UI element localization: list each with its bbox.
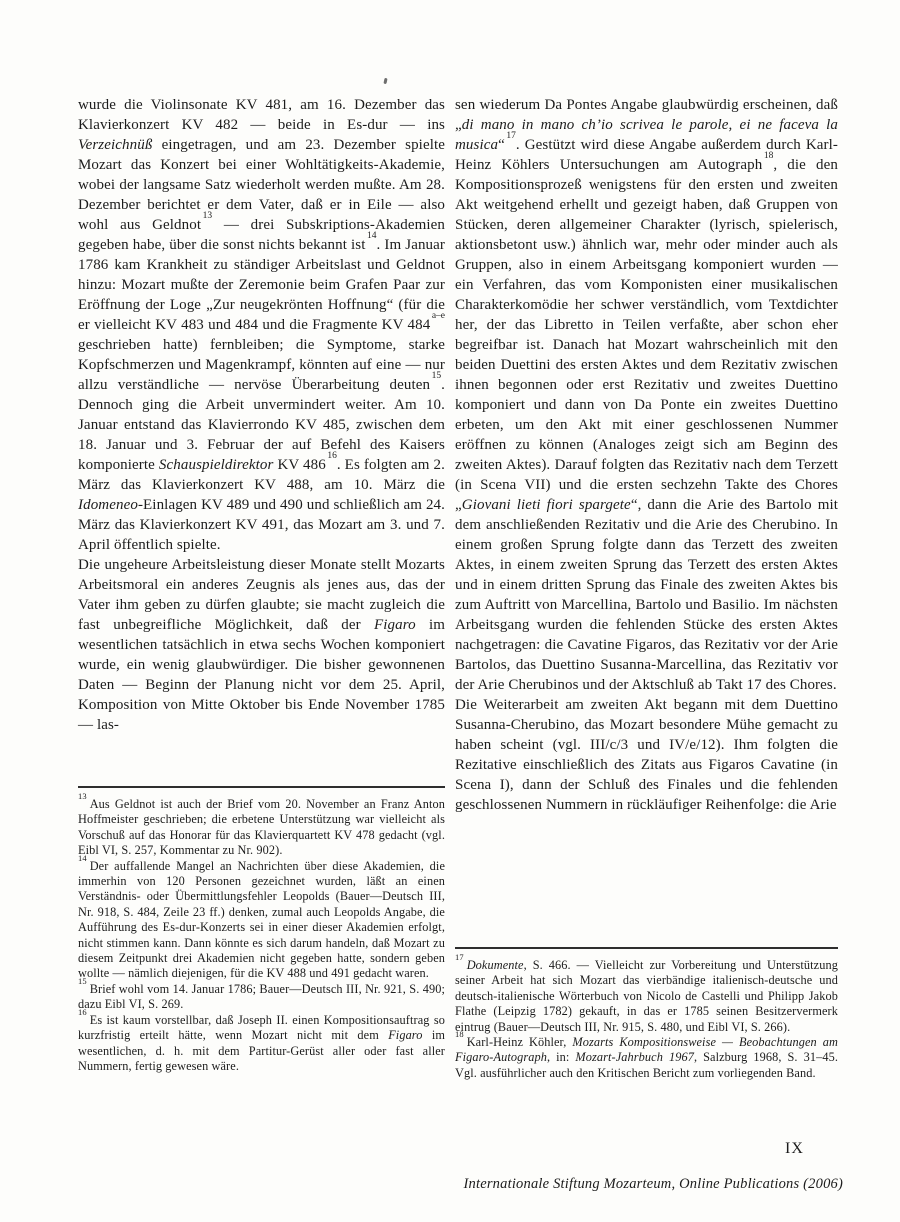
footer-credit: Internationale Stiftung Mozarteum, Onlin… [464,1176,844,1193]
footnote-number: 16 [78,1007,87,1017]
text-run: Aus Geldnot ist auch der Brief vom 20. N… [78,797,445,857]
column-left-footnotes: 13Aus Geldnot ist auch der Brief vom 20.… [78,786,445,1074]
footnote-ref: a–e [432,311,445,321]
italic-text: Dokumente [467,958,524,972]
footnote-ref: 13 [203,211,213,221]
document-page: wurde die Violinsonate KV 481, am 16. De… [0,0,900,1222]
footnote: 14Der auffallende Mangel an Nachrichten … [78,859,445,982]
italic-text: Figaro [388,1028,422,1042]
italic-text: Idomeneo [78,497,138,513]
footnote-ref: 17 [506,131,516,141]
italic-text: Figaro [374,617,416,633]
footnote-number: 17 [455,952,464,962]
footnote-number: 18 [455,1029,464,1039]
footnote-ref: 15 [432,371,442,381]
footnote-separator [455,947,838,949]
text-run: wurde die Violinsonate KV 481, am 16. De… [78,97,445,133]
footnote-number: 13 [78,791,87,801]
column-right-footnotes: 17Dokumente, S. 466. — Vielleicht zur Vo… [455,947,838,1081]
text-run: Die Weiterarbeit am zweiten Akt begann m… [455,697,838,813]
footnote-ref: 18 [764,151,774,161]
footnote: 16Es ist kaum vorstellbar, daß Joseph II… [78,1013,445,1075]
text-run: , die den Kompositionsprozeß wenigstens … [455,157,838,513]
text-run: im wesentlichen tatsächlich in etwa sech… [78,617,445,733]
column-left-text: wurde die Violinsonate KV 481, am 16. De… [78,95,445,735]
paragraph: wurde die Violinsonate KV 481, am 16. De… [78,95,445,555]
italic-text: Verzeichnüß [78,137,152,153]
column-right-text: sen wiederum Da Pontes Angabe glaubwürdi… [455,95,838,815]
text-run: “, dann die Arie des Bartolo mit dem ans… [455,497,838,693]
text-run: Karl-Heinz Köhler, [467,1035,573,1049]
text-run: KV 486 [273,457,325,473]
footnote-separator [78,786,445,788]
footnote: 18Karl-Heinz Köhler, Mozarts Komposition… [455,1035,838,1081]
text-run: “ [498,137,505,153]
footnote-ref: 14 [367,231,377,241]
footnote-number: 15 [78,976,87,986]
text-run: Der auffallende Mangel an Nachrichten üb… [78,859,445,981]
footnote-ref: 16 [327,451,337,461]
italic-text: Giovani lieti fiori spargete [462,497,631,513]
scan-speck [383,78,387,84]
text-run: geschrieben hatte) fernbleiben; die Symp… [78,337,445,393]
footnote: 13Aus Geldnot ist auch der Brief vom 20.… [78,797,445,859]
text-run: , in: [547,1050,575,1064]
footnote: 15Brief wohl vom 14. Januar 1786; Bauer—… [78,982,445,1013]
footnote-number: 14 [78,853,87,863]
paragraph: Die Weiterarbeit am zweiten Akt begann m… [455,695,838,815]
page-number: IX [785,1140,804,1158]
footnote: 17Dokumente, S. 466. — Vielleicht zur Vo… [455,958,838,1035]
paragraph: Die ungeheure Arbeitsleistung dieser Mon… [78,555,445,735]
italic-text: Mozart-Jahrbuch 1967 [575,1050,694,1064]
text-run: Brief wohl vom 14. Januar 1786; Bauer—De… [78,982,445,1011]
italic-text: Schauspieldirektor [159,457,274,473]
paragraph: sen wiederum Da Pontes Angabe glaubwürdi… [455,95,838,695]
